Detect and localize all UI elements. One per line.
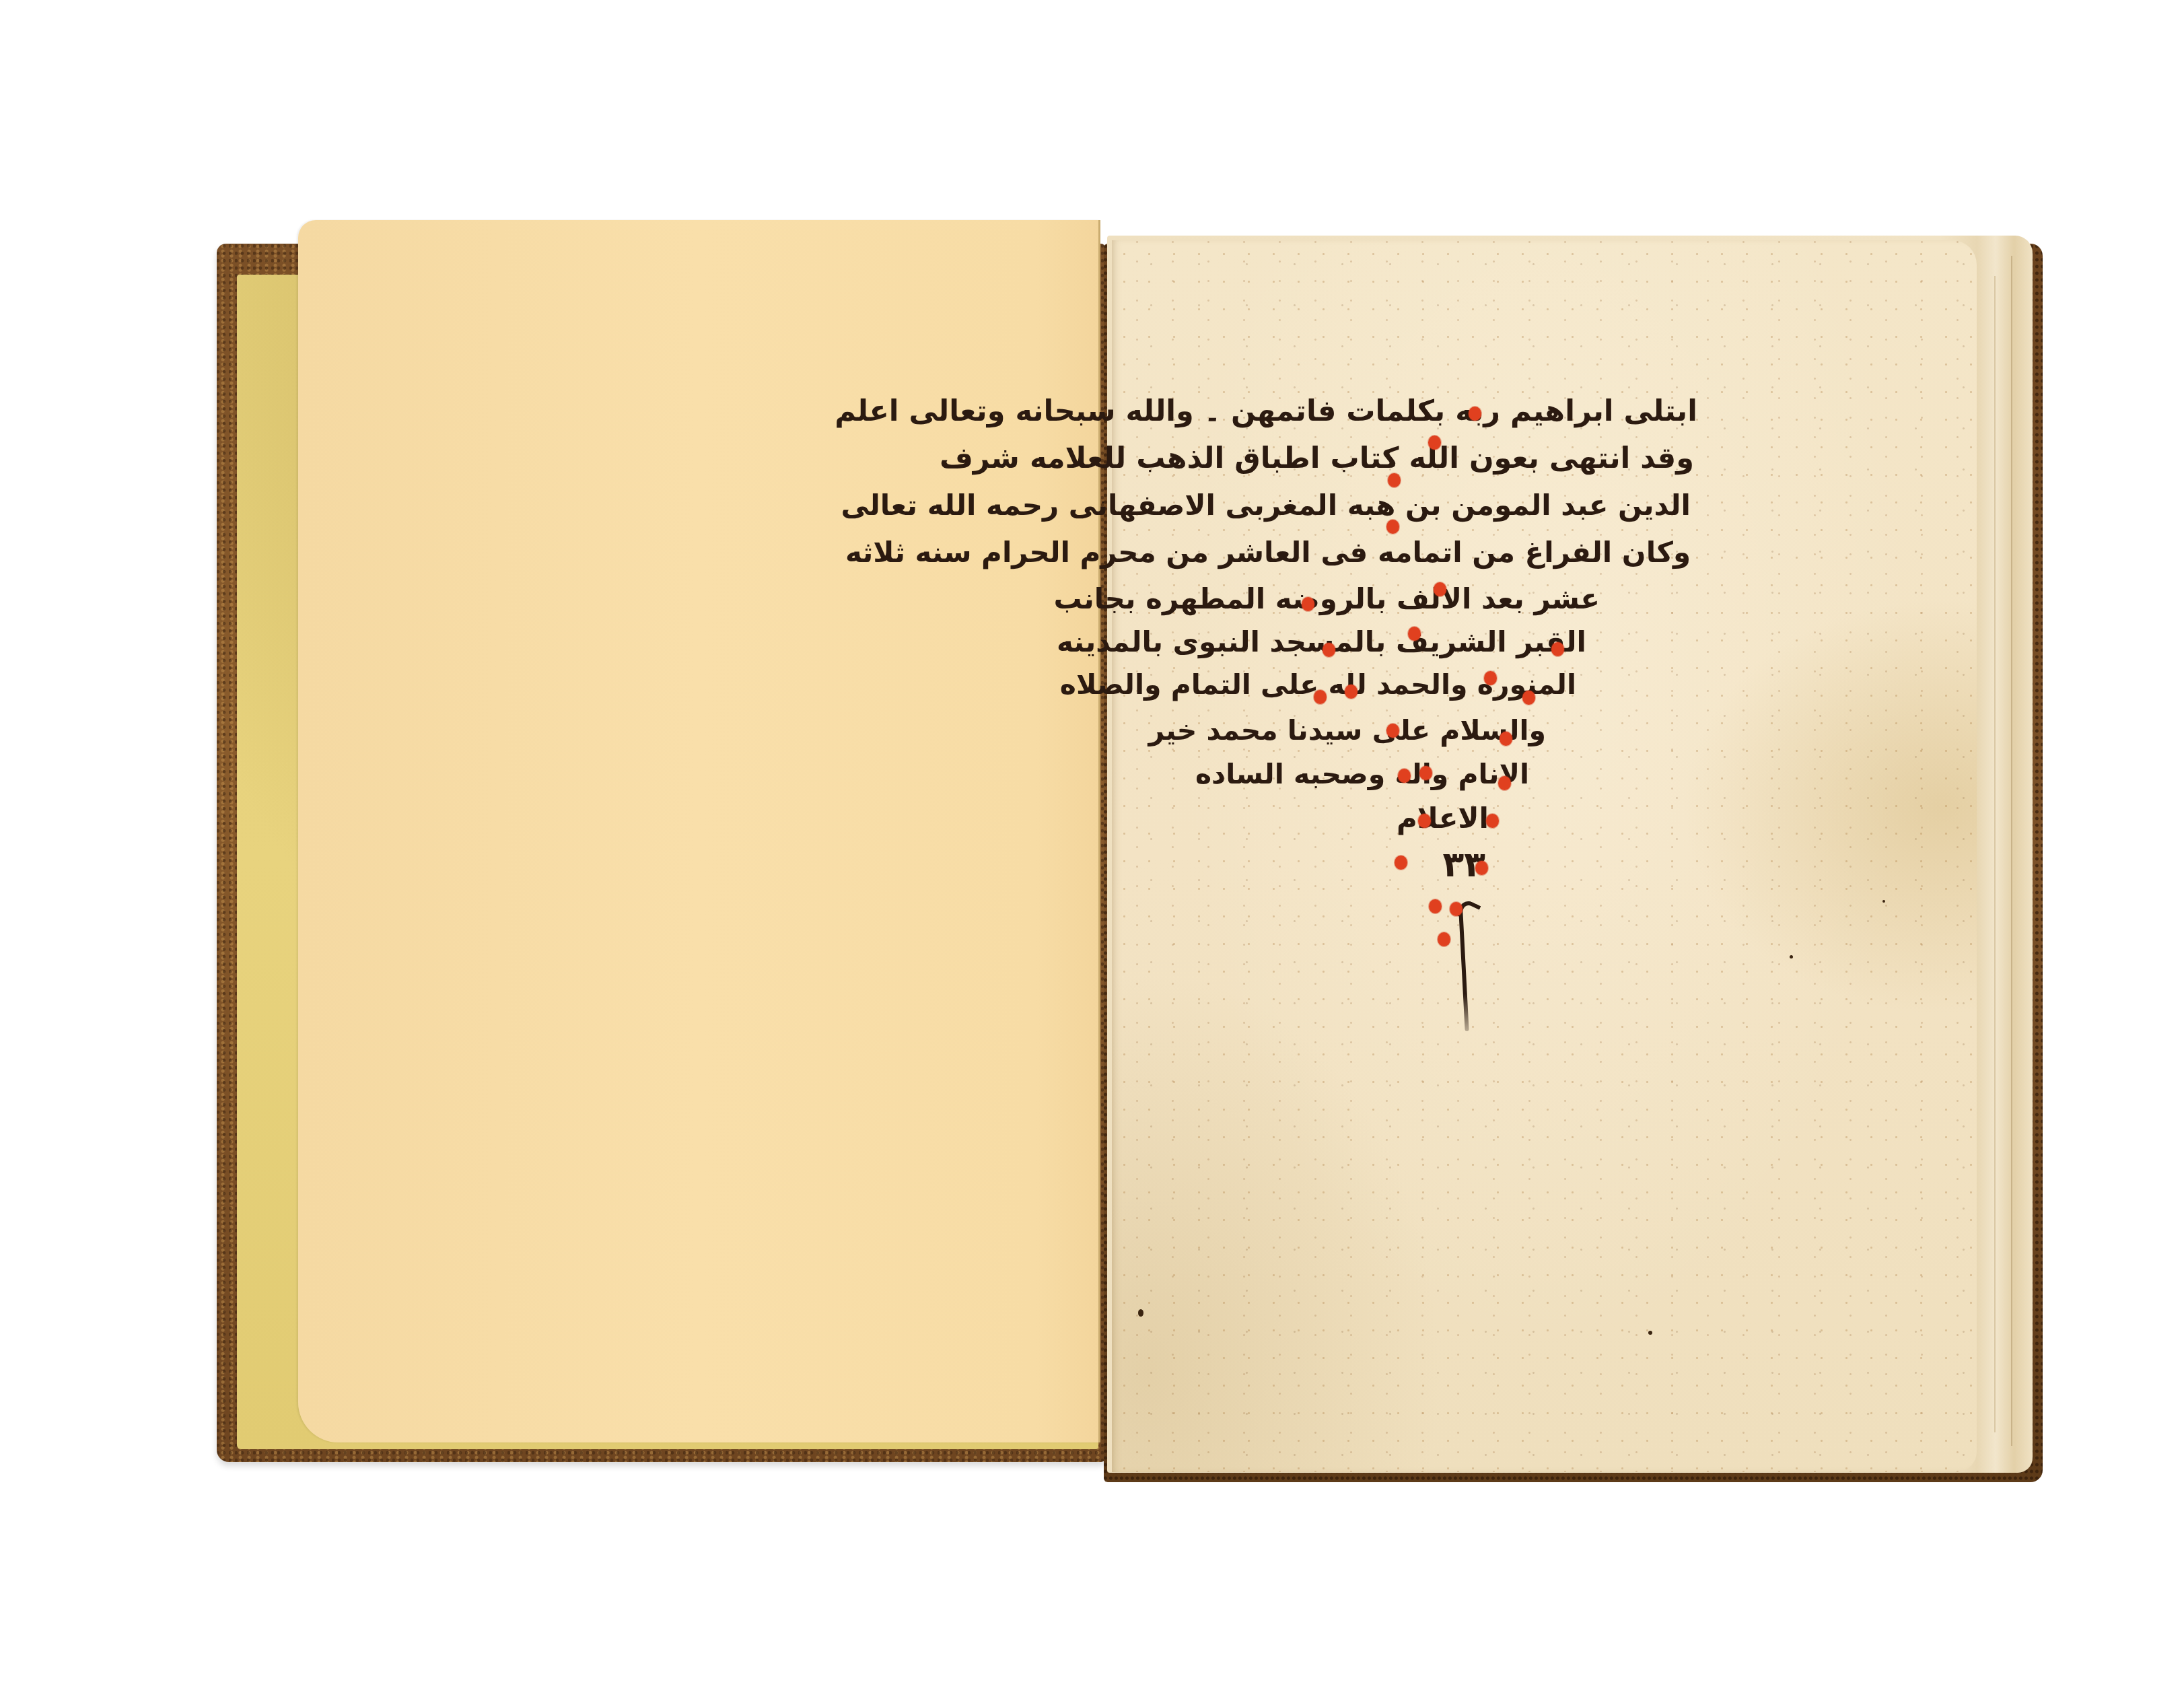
rubric-dot xyxy=(1522,691,1535,705)
rubric-dot xyxy=(1398,769,1411,783)
paper-speck xyxy=(1648,1331,1652,1335)
paper-wormhole xyxy=(1138,1309,1143,1317)
paper-speck xyxy=(1882,900,1885,903)
rubric-dot xyxy=(1434,582,1446,596)
rubric-dot xyxy=(1302,597,1314,611)
rubric-dot xyxy=(1314,690,1327,704)
rubric-dot xyxy=(1500,732,1512,746)
closing-mark-stroke xyxy=(1458,907,1469,1031)
rubric-dot xyxy=(1450,902,1463,916)
rubric-dot xyxy=(1418,814,1431,828)
paper-speck xyxy=(1790,955,1793,959)
rubric-dot xyxy=(1551,642,1564,656)
rubric-dot xyxy=(1438,932,1450,946)
rubric-dot xyxy=(1388,473,1401,487)
colophon-line-4: وكان الفراغ من اتمامه فى العاشر من محرم … xyxy=(845,538,1691,567)
colophon-line-8: والسلام على سيدنا محمد خير xyxy=(1148,717,1546,744)
manuscript-photo: ابتلى ابراهيم ربه بكلمات فاتمهن ۔ والله … xyxy=(0,0,2184,1707)
rubric-dot xyxy=(1386,724,1399,738)
rubric-dot xyxy=(1323,643,1335,657)
colophon-line-6: القبر الشريف بالمسجد النبوى بالمدينه xyxy=(1057,628,1586,656)
rubric-dot xyxy=(1484,671,1497,685)
colophon-line-2: وقد انتهى بعون الله كتاب اطباق الذهب للع… xyxy=(940,444,1694,473)
rubric-dot xyxy=(1498,776,1511,790)
colophon-line-5: عشر بعد الالف بالروضه المطهره بجانب xyxy=(1054,585,1600,613)
colophon-line-9: الانام واله وصحبه الساده xyxy=(1195,761,1529,788)
rubric-dot xyxy=(1419,766,1432,780)
rubric-dot xyxy=(1386,520,1399,534)
colophon-line-1: ابتلى ابراهيم ربه بكلمات فاتمهن ۔ والله … xyxy=(835,397,1697,426)
colophon-line-3: الدين عبد المومن بن هبه المغربى الاصفهان… xyxy=(841,491,1691,520)
rubric-dot xyxy=(1475,861,1488,875)
rubric-dot xyxy=(1428,436,1441,450)
rubric-dot xyxy=(1395,856,1407,870)
colophon-page: ابتلى ابراهيم ربه بكلمات فاتمهن ۔ والله … xyxy=(1112,240,1977,1472)
colophon-text-block: ابتلى ابراهيم ربه بكلمات فاتمهن ۔ والله … xyxy=(1112,240,1977,1472)
rubric-dot xyxy=(1408,627,1421,641)
colophon-line-10: الاعلام xyxy=(1397,804,1489,833)
rubric-dot xyxy=(1429,899,1442,913)
rubric-dot xyxy=(1345,685,1358,699)
rubric-dot xyxy=(1469,407,1481,421)
rubric-dot xyxy=(1486,814,1499,828)
